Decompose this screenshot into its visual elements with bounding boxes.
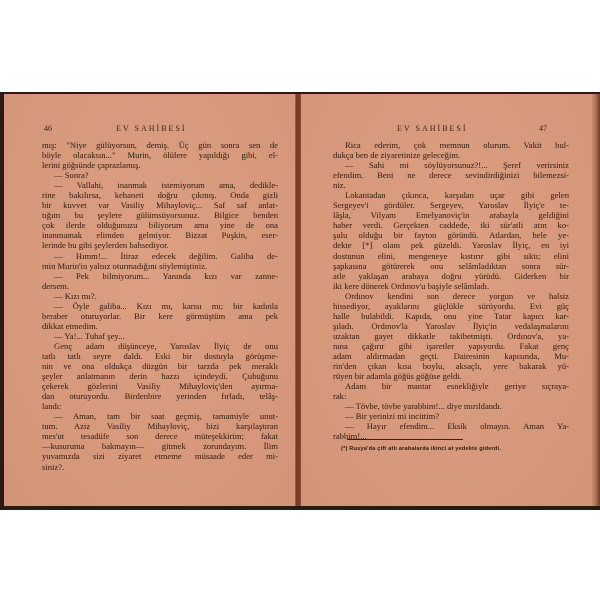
- text-line: Sergeyev'i gördüler. Sergeyev, Yaroslav …: [333, 200, 569, 210]
- text-line: atle yaklaşan arabaya doğru yürüdü. Gide…: [333, 271, 569, 281]
- body-text: mış: "Niye gülüyorsun, demiş. Üç gün son…: [42, 140, 278, 472]
- text-line: şulu olduğu bir fayton göründü. Atlardan…: [333, 230, 569, 240]
- right-page: EV SAHİBESİ 47 Rica ederim, çok memnun o…: [300, 94, 592, 506]
- left-page: 46 EV SAHİBESİ mış: "Niye gülüyorsun, de…: [4, 94, 296, 506]
- text-line: rüyen bir adamla göğüs göğüse geldi.: [333, 371, 569, 381]
- page-number: 47: [539, 124, 547, 133]
- text-line: yuvamızda sizi ziyaret etmeme müsaade ed…: [42, 451, 278, 461]
- body-text: Rica ederim, çok memnun olurum. Vakit bu…: [333, 140, 569, 441]
- footnote-rule: [347, 439, 463, 440]
- text-line: — Kızı mı?.: [42, 291, 278, 301]
- text-line: mış: "Niye gülüyorsun, demiş. Üç gün son…: [42, 140, 278, 150]
- page-edges: [592, 94, 600, 506]
- text-line: rin'den çıkan kısa boylu, aksaçlı, yere …: [333, 361, 569, 371]
- running-head: EV SAHİBESİ: [116, 124, 187, 133]
- text-line: tatlı tatlı seyre daldı. Eski bir dostuy…: [42, 351, 278, 361]
- text-line: çok ilerde olduğunuzu biliyorum ama yine…: [42, 220, 278, 230]
- text-line: rine bakılırsa, kehaneti doğru çıkmış. O…: [42, 190, 278, 200]
- text-line: —kusuruma bakmayın— gitmek zorundayım. İ…: [42, 441, 278, 451]
- text-line: şıladı. Ordınov'la Yaroslav İlyiç'in ved…: [333, 321, 569, 331]
- text-line: — Vallahi, inanmak istemiyorum ama, dedi…: [42, 180, 278, 190]
- text-line: böyle olacaksın..." Murin, ölülere yapıl…: [42, 150, 278, 160]
- text-line: nin ve ona oldukça düzgün bir tarzda pek…: [42, 361, 278, 371]
- text-line: Ordınov kendini son derece yorgun ve hal…: [333, 291, 569, 301]
- text-line: dostunun elini, mengeneye kıstırır gibi …: [333, 251, 569, 261]
- text-line: min Murin'in yalnız oturmadığını söylemi…: [42, 261, 278, 271]
- text-line: Adam bir mantar esnekliğiyle geriye sıçr…: [333, 381, 569, 391]
- text-line: dukça ben de ziyaretinize geleceğim.: [333, 150, 569, 160]
- text-line: mes'ut tesadüfe son derece müteşekkirim;…: [42, 431, 278, 441]
- text-line: şeyler anlatmanın derin hazzı içindeydi.…: [42, 371, 278, 381]
- text-line: dersem.: [42, 281, 278, 291]
- page-number: 46: [44, 124, 52, 133]
- text-line: — Sonra?: [42, 170, 278, 180]
- text-line: iki kere dönerek Ordınov'u başiyle selâm…: [333, 281, 569, 291]
- text-line: lerinde bu gibi şeylerden bahsediyor.: [42, 240, 278, 250]
- text-line: lerini göğsünde çaprazlamış.: [42, 160, 278, 170]
- text-line: şapkasına götürerek onu selâmladıktan so…: [333, 261, 569, 271]
- text-line: Genç adam düşünceye, Yaroslav İlyiç de o…: [42, 341, 278, 351]
- text-line: uzaktan gayet dikkatle takibetmişti. Ord…: [333, 331, 569, 341]
- text-line: çekerek gözlerini Vasiliy Mihayloviç'den…: [42, 381, 278, 391]
- text-line: — Hayır efendim... Eksik olmayın. Aman Y…: [333, 421, 569, 431]
- text-line: landı:: [42, 401, 278, 411]
- text-line: — Aman, tam bir saat geçmiş, tamamiyle u…: [42, 411, 278, 421]
- open-book: 46 EV SAHİBESİ mış: "Niye gülüyorsun, de…: [0, 92, 600, 510]
- text-line: efendim. Beni ne derece sevindirdiğinizi…: [333, 170, 569, 180]
- text-line: siniz?.: [42, 462, 278, 472]
- text-line: — Tövbe, tövbe yarabbim!... diye mırılda…: [333, 401, 569, 411]
- text-line: rak:: [333, 391, 569, 401]
- text-line: bir kuvvet var Vasiliy Mihayloviç... Saf…: [42, 200, 278, 210]
- text-line: halle bulabildi. Kapıda, onu yine Tatar …: [333, 311, 569, 321]
- text-line: dikkat etmedim.: [42, 321, 278, 331]
- text-line: Rica ederim, çok memnun olurum. Vakit bu…: [333, 140, 569, 150]
- text-line: — Hımm!... İtiraz edecek değilim. Galiba…: [42, 251, 278, 261]
- text-line: Lokantadan çıkınca, karşıdan uçar gibi g…: [333, 190, 569, 200]
- running-head: EV SAHİBESİ: [397, 124, 468, 133]
- text-line: niz.: [333, 180, 569, 190]
- text-line: — Pek bilmiyorum... Yanında kızı var zan…: [42, 271, 278, 281]
- text-line: nına çağırır gibi işaretler yapıyordu. F…: [333, 341, 569, 351]
- text-line: haber verdi. Gerçekten caddede, iki sür'…: [333, 220, 569, 230]
- text-line: tum. Aziz Vasiliy Mihayloviç, bizi karşı…: [42, 421, 278, 431]
- footnote: (*) Rusya'da çift atlı arabalarda ikinci…: [341, 446, 561, 452]
- text-line: — Öyle galiba... Kızı mı, karısı mı; bir…: [42, 301, 278, 311]
- text-line: dekte [*] olanı pek güzeldi. Yaroslav İl…: [333, 240, 569, 250]
- text-line: hissediyor, ayaklarını güçlükle sürüyord…: [333, 301, 569, 311]
- text-line: adam aldırmadan geçti. Dairesinin kapısı…: [333, 351, 569, 361]
- text-line: dan oturuyordu. Birdenbire yerinden fırl…: [42, 391, 278, 401]
- text-line: tığım bu şeylere gülümsüyorsunuz. Bilgic…: [42, 210, 278, 220]
- text-line: lâşla, Vilyam Emelyanoviç'in arabayla ge…: [333, 210, 569, 220]
- text-line: — Bir yerinizi mi incittim?: [333, 411, 569, 421]
- text-line: beraber oturuyorlar. Bir kere görmüştüm …: [42, 311, 278, 321]
- text-line: — Sahi mi söylüyorsunuz?!... Şeref verir…: [333, 160, 569, 170]
- text-line: — Ya!... Tuhaf şey...: [42, 331, 278, 341]
- text-line: inanmamak elimden gelmiyor. Bizzat Puşki…: [42, 230, 278, 240]
